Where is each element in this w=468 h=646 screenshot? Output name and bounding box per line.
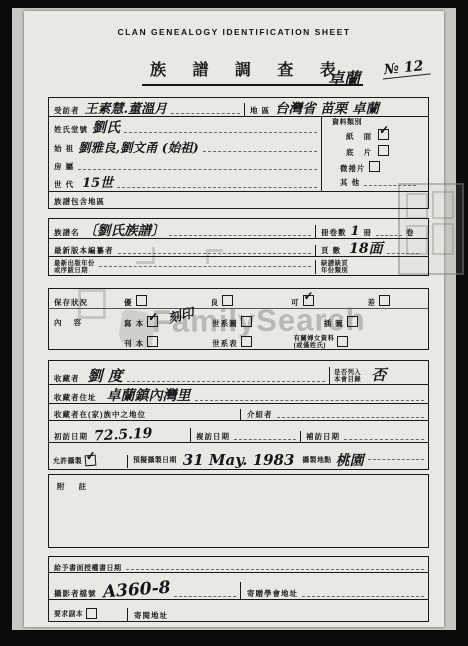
women-data-label-line1: 有關婦女資料 (294, 335, 335, 342)
film-place-value: 桃園 (336, 454, 364, 468)
volumes-unit2: 卷 (406, 227, 415, 238)
illustrations-checkbox (347, 316, 358, 327)
pedigree-chart-label: 世系圖 (212, 318, 238, 329)
introducer-label: 介紹者 (247, 409, 273, 420)
interviewee-value: 王素慧.董溫月 (85, 103, 168, 116)
area-value: 台灣省 苗栗 卓蘭 (275, 103, 379, 117)
women-data-checkbox (337, 336, 348, 347)
notes-label: 附 註 (49, 475, 428, 492)
request-copy-checkbox (86, 608, 97, 619)
mailing-address-label: 寄閱地址 (134, 610, 168, 621)
handwritten-number: № 12 (381, 59, 430, 80)
pages-label: 頁 數 (321, 245, 341, 256)
condition-good-checkbox (222, 295, 233, 306)
genealogy-title-label: 族譜名 (54, 227, 80, 238)
interviewee-label: 受訪者 (54, 105, 80, 116)
material-type-header: 資料類別 (332, 119, 420, 126)
generations-value: 15世 (82, 177, 113, 190)
material-film-label: 底 片 (346, 147, 375, 158)
pubyear-label-line1: 最新出版年份 (54, 260, 95, 267)
surname-label: 姓氏堂號 (54, 124, 88, 135)
listed-label-line1: 是否列入 (334, 369, 361, 376)
condition-excellent-checkbox (136, 295, 147, 306)
material-microfilm-label: 微捲片 (340, 163, 366, 174)
condition-fair-label: 可 (291, 297, 300, 308)
pedigree-table-checkbox (241, 336, 252, 347)
listed-label-line2: 本會目錄 (334, 376, 361, 383)
material-paper-checkbox: ✓ (378, 129, 389, 140)
branch-label: 房 屬 (54, 161, 74, 172)
surname-value: 劉氏 (92, 121, 120, 135)
film-date-label: 預擬攝製日期 (133, 457, 177, 464)
section-interviewee: 受訪者 王素慧.董溫月 地 區 台灣省 苗栗 卓蘭 姓氏堂號 劉氏 (48, 97, 429, 209)
second-visit-label: 複訪日期 (196, 431, 230, 442)
printed-edition-checkbox (147, 336, 158, 347)
material-microfilm-checkbox (369, 161, 380, 172)
volumes-value: 1 (351, 225, 360, 238)
film-date-value: 31 May. 1983 (183, 453, 295, 468)
third-visit-label: 補訪日期 (306, 431, 340, 442)
first-visit-label: 初訪日期 (54, 431, 88, 442)
holder-address-label: 收藏者住址 (54, 392, 97, 403)
printed-edition-label: 刊 本 (124, 338, 144, 349)
print-title: CLAN GENEALOGY IDENTIFICATION SHEET (24, 27, 444, 37)
pages-value: 18面 (349, 242, 382, 256)
section-holder-visits: 收藏者 劉 度 是否列入 本會目錄 否 收藏者住址 卓蘭鎮內灣里 (48, 360, 429, 470)
permit-filming-label: 允許攝製 (53, 458, 82, 465)
material-other-label: 其 他 (340, 177, 360, 188)
condition-excellent-label: 優 (124, 297, 133, 308)
film-place-label: 攝製地點 (302, 457, 331, 464)
condition-label: 保存狀況 (54, 297, 112, 308)
genealogy-title-value: 〔劉氏族譜〕 (84, 225, 165, 239)
authorization-date-label: 給予書面授權書日期 (54, 565, 122, 572)
holder-position-label: 收藏者在(家)族中之地位 (54, 409, 146, 420)
manuscript-label: 寫 本 (124, 318, 144, 329)
handwritten-region: 卓蘭 (328, 71, 360, 87)
pubyear-label-line2: 或序跋日期 (54, 267, 95, 274)
volumes-label: 冊卷數 (321, 227, 347, 238)
first-visit-value: 72.5.19 (94, 426, 153, 443)
request-copy-label: 要求副本 (54, 611, 83, 618)
photographer-number-label: 攝影者檔號 (54, 588, 97, 599)
section-notes: 附 註 (48, 474, 429, 548)
editor-label: 最新版本編纂者 (54, 245, 114, 256)
condition-poor-label: 差 (368, 297, 377, 308)
area-label: 地 區 (250, 105, 270, 116)
form-page: CLAN GENEALOGY IDENTIFICATION SHEET 族 譜 … (24, 11, 444, 627)
holder-address-value: 卓蘭鎮內灣里 (107, 389, 191, 403)
generations-label: 世 代 (54, 179, 74, 190)
manuscript-checkbox: ✓ (147, 316, 158, 327)
missing-label-line2: 年份類別 (321, 267, 348, 274)
material-paper-label: 紙 面 (346, 131, 375, 142)
condition-poor-checkbox (379, 295, 390, 306)
society-address-label: 寄贈學會地址 (247, 588, 298, 599)
content-label: 內 容 (49, 309, 112, 349)
coverage-label: 族譜包含地區 (54, 196, 105, 207)
condition-fair-checkbox: ✓ (303, 295, 314, 306)
photographer-number-value: A360-8 (102, 580, 171, 602)
scanned-document: CLAN GENEALOGY IDENTIFICATION SHEET 族 譜 … (0, 0, 468, 646)
volumes-unit1: 冊 (364, 227, 373, 238)
pedigree-chart-checkbox (241, 316, 252, 327)
illustrations-label: 插 圖 (324, 318, 344, 329)
section-condition-content: 保存狀況 優 良 可 ✓ 差 內 容 (48, 288, 429, 350)
missing-label-line1: 缺譜缺頁 (321, 260, 348, 267)
manuscript-note-handwritten: 刻印 (167, 307, 195, 326)
women-data-label-line2: (或僅姓氏) (294, 342, 335, 349)
ancestor-label: 始 祖 (54, 143, 74, 154)
holder-value: 劉 度 (88, 369, 123, 384)
section-authorization: 給予書面授權書日期 攝影者檔號 A360-8 寄贈學會地址 要求副本 (48, 556, 429, 622)
condition-good-label: 良 (211, 297, 220, 308)
listed-value: 否 (371, 368, 386, 383)
material-film-checkbox (378, 145, 389, 156)
pedigree-table-label: 世系表 (212, 338, 238, 349)
ancestor-value: 劉雅良,劉文甬 (始祖) (78, 142, 199, 155)
permit-filming-checkbox: ✓ (85, 455, 97, 467)
section-genealogy-info: 族譜名 〔劉氏族譜〕 冊卷數 1 冊 卷 最新版本編纂者 (48, 218, 429, 276)
holder-label: 收藏者 (54, 373, 80, 384)
